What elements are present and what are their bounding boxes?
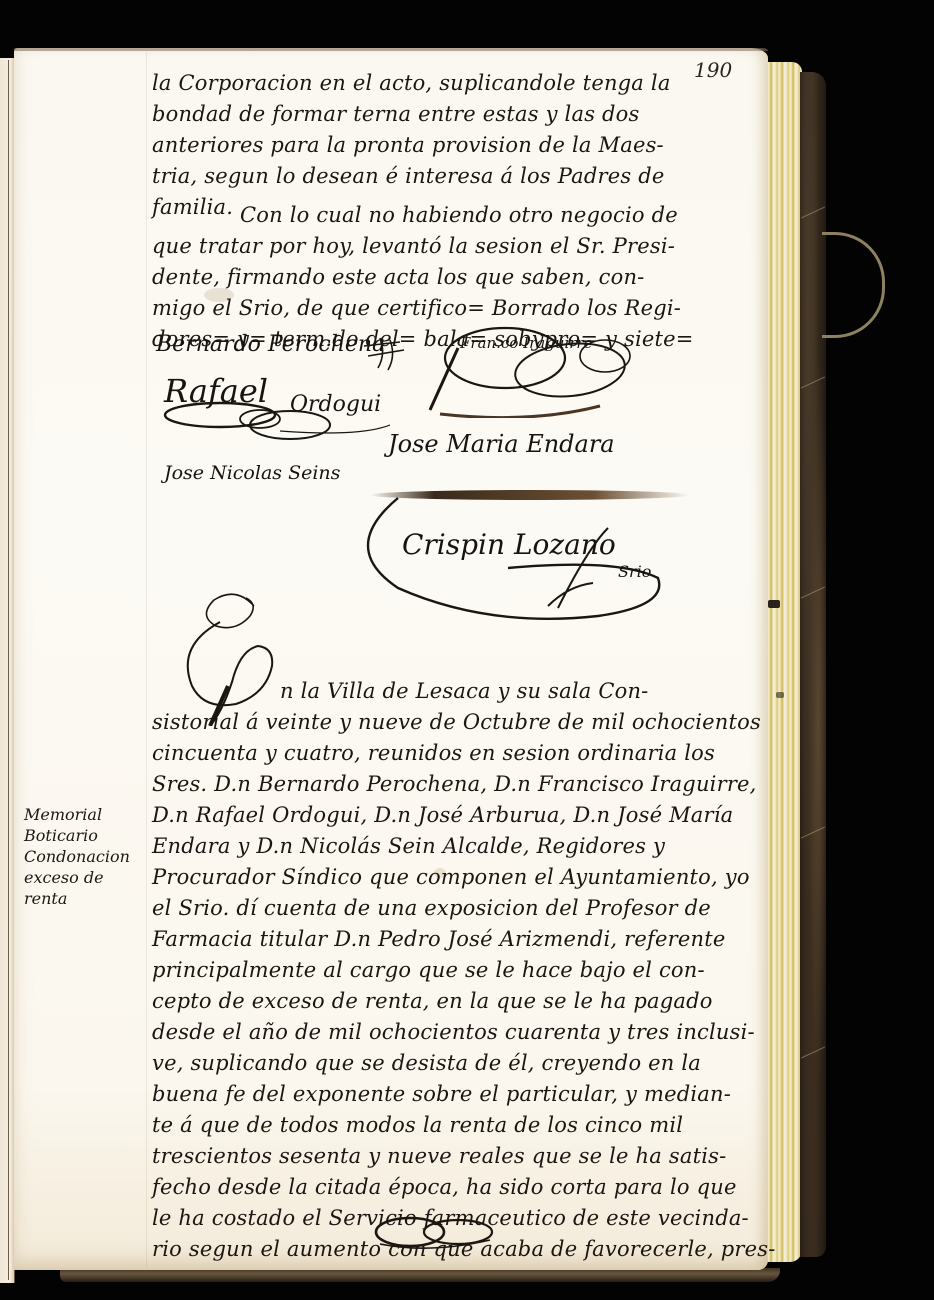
text-line: Con lo cual no habiendo otro negocio de [152,200,694,231]
signature-bernardo-perochena: Bernardo Perochena [156,332,385,357]
text-line: Endara y D.n Nicolás Sein Alcalde, Regid… [152,831,776,862]
signature-rafael: Rafael [164,372,268,410]
text-line: tria, segun lo desean é interesa á los P… [152,161,671,192]
margin-note: Memorial Boticario Condonacion exceso de… [24,804,130,909]
text-line: principalmente al cargo que se le hace b… [152,955,776,986]
marble-vein [801,1047,825,1059]
text-line: que tratar por hoy, levantó la sesion el… [152,231,694,262]
text-line: n la Villa de Lesaca y su sala Con- [152,676,776,707]
text-line: le ha costado el Servicio farmaceutico d… [152,1203,776,1234]
text-line: el Srio. dí cuenta de una exposicion del… [152,893,776,924]
stain [776,692,784,698]
text-line: te á que de todos modos la renta de los … [152,1110,776,1141]
signature-jose-nicolas-seins: Jose Nicolas Seins [164,462,340,484]
page-top-edge [14,48,768,51]
text-line: desde el año de mil ochocientos cuarenta… [152,1017,776,1048]
text-line: fecho desde la citada época, ha sido cor… [152,1172,776,1203]
new-entry-text: n la Villa de Lesaca y su sala Con- sist… [152,676,776,1265]
secretary-title: Srio. [618,562,656,581]
signature-crispin-lozano: Crispin Lozano [402,528,616,561]
marble-vein [801,587,825,599]
text-line: cincuenta y cuatro, reunidos en sesion o… [152,738,776,769]
margin-note-line: Memorial [24,804,130,825]
marble-vein [801,207,825,219]
ink-brush-stroke [370,490,690,500]
text-line: ve, suplicando que se desista de él, cre… [152,1048,776,1079]
text-line: la Corporacion en el acto, suplicandole … [152,68,671,99]
page-number: 190 [694,58,732,82]
margin-note-line: Boticario [24,825,130,846]
page-bottom-edge [60,1268,780,1282]
margin-rule [146,52,147,1267]
text-line: migo el Srio, de que certifico= Borrado … [152,293,694,324]
stain [768,600,780,608]
text-line: Procurador Síndico que componen el Ayunt… [152,862,776,893]
signature-francisco-iraguirre: Fran.co Iraguirre [460,334,592,352]
margin-note-line: Condonacion [24,846,130,867]
text-line: dente, firmando este acta los que saben,… [152,262,694,293]
text-line: cepto de exceso de renta, en la que se l… [152,986,776,1017]
text-line: rio segun el aumento con que acaba de fa… [152,1234,776,1265]
text-line: anteriores para la pronta provision de l… [152,130,671,161]
text-line: sistorial á veinte y nueve de Octubre de… [152,707,776,738]
gutter-fold [8,60,9,1280]
text-line: trescientos sesenta y nueve reales que s… [152,1141,776,1172]
text-line: bondad de formar terna entre estas y las… [152,99,671,130]
text-line: buena fe del exponente sobre el particul… [152,1079,776,1110]
margin-note-line: renta [24,888,130,909]
text-line: Sres. D.n Bernardo Perochena, D.n Franci… [152,769,776,800]
signature-jose-maria-endara: Jose Maria Endara [388,430,615,458]
margin-note-line: exceso de [24,867,130,888]
signature-ordogui: Ordogui [290,392,381,417]
marble-vein [801,827,825,839]
text-line: D.n Rafael Ordogui, D.n José Arburua, D.… [152,800,776,831]
text-line: Farmacia titular D.n Pedro José Arizmend… [152,924,776,955]
marble-vein [801,377,825,389]
